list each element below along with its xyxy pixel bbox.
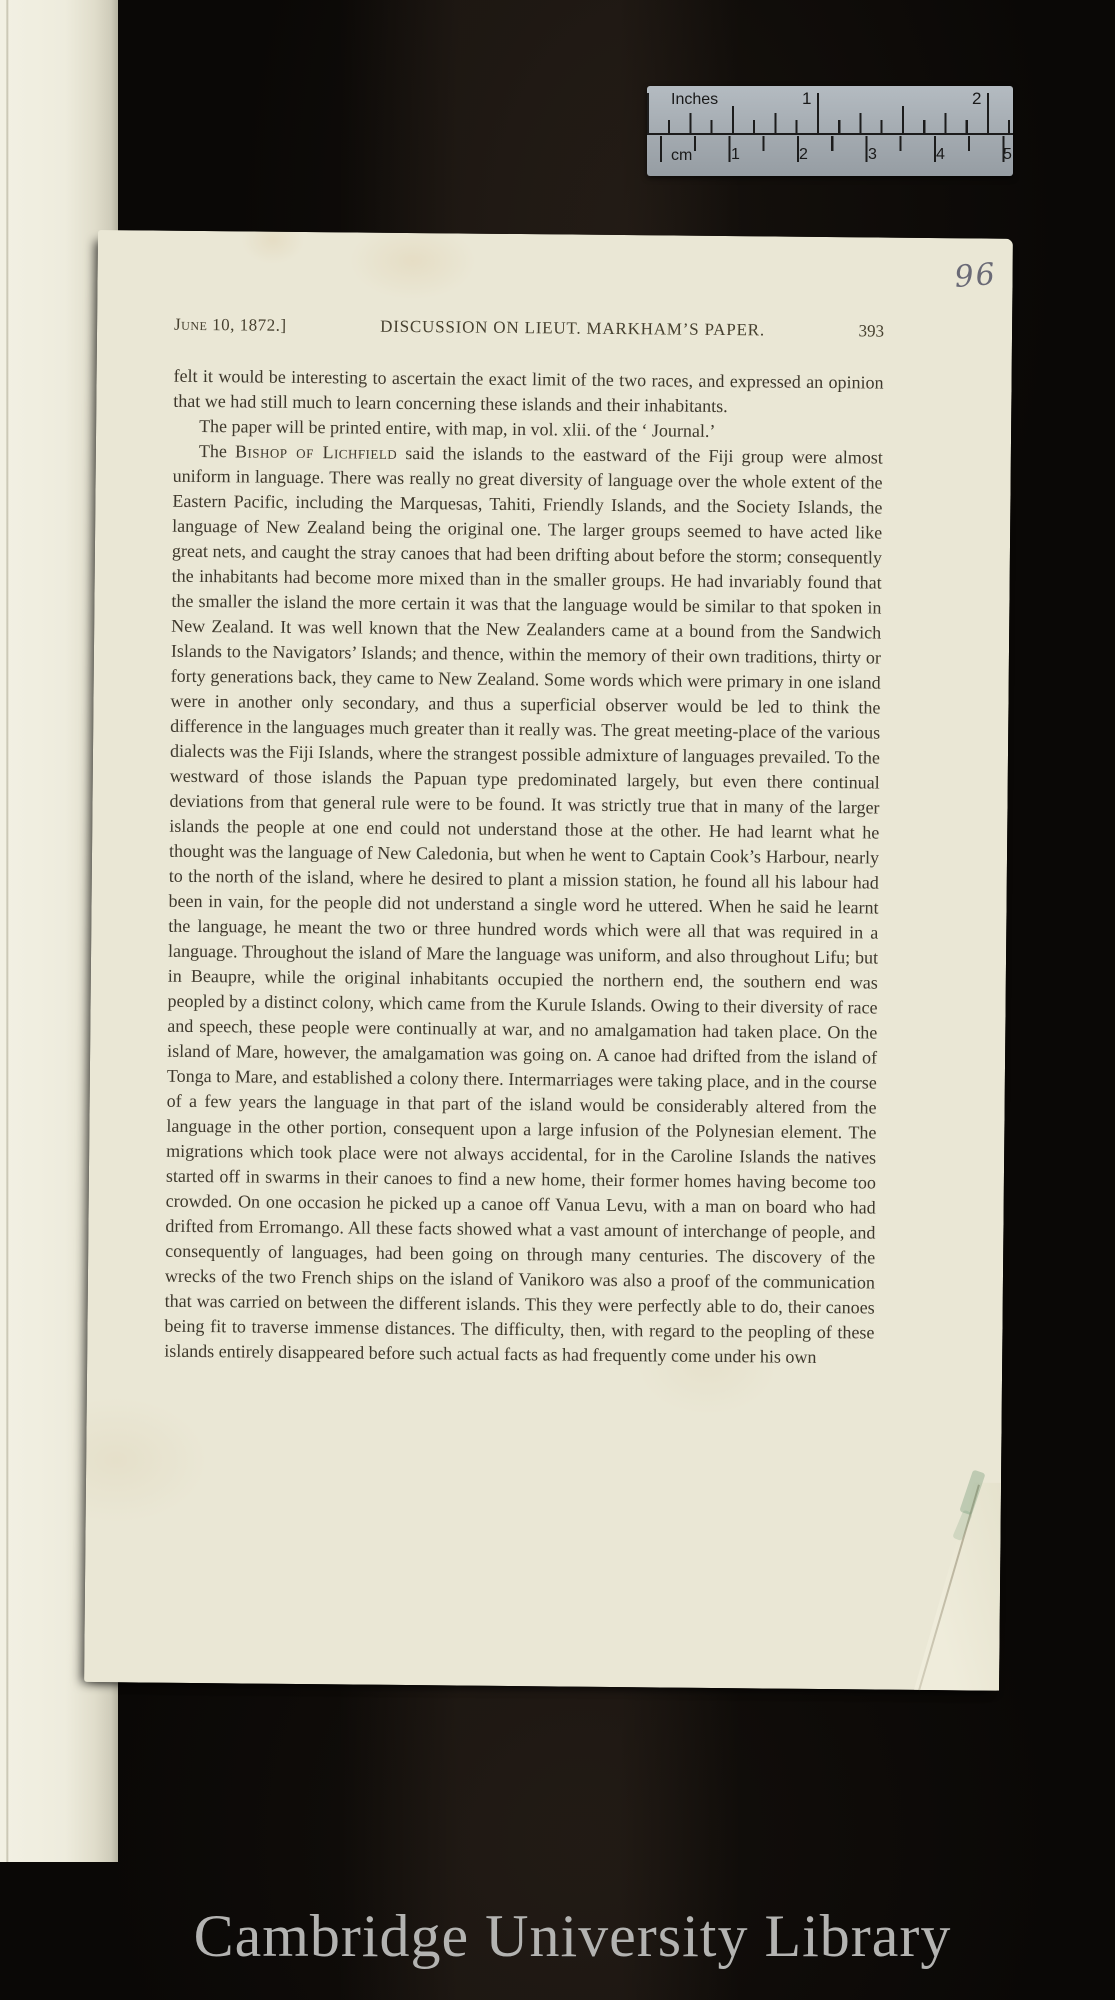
ruler-cm-number: 5 (1003, 146, 1012, 164)
ruler-inch-number: 1 (802, 89, 811, 109)
library-watermark: Cambridge University Library (0, 1902, 1115, 1971)
header-title: DISCUSSION ON LIEUT. MARKHAM’S PAPER. (380, 317, 765, 341)
photo-backdrop: Inches cm 1 2 1 2 3 4 5 96 June 10, 1872… (0, 0, 1115, 2000)
running-header: June 10, 1872.] DISCUSSION ON LIEUT. MAR… (174, 315, 884, 342)
document-page: 96 June 10, 1872.] DISCUSSION ON LIEUT. … (84, 230, 1013, 1691)
bishop-name-smallcaps: Bishop of Lichfield (235, 441, 397, 463)
ruler-midline (647, 133, 1013, 135)
ruler-cm-number: 1 (731, 146, 740, 164)
scale-ruler: Inches cm 1 2 1 2 3 4 5 (647, 86, 1013, 176)
body-text: felt it would be interesting to ascertai… (164, 364, 884, 1371)
paragraph-bishop-speech: The Bishop of Lichfield said the islands… (164, 439, 883, 1371)
ruler-eighth-inch-ticks (647, 120, 1013, 133)
ruler-cm-label: cm (671, 147, 692, 165)
ruler-cm-number: 2 (799, 146, 808, 164)
printed-text-block: June 10, 1872.] DISCUSSION ON LIEUT. MAR… (164, 315, 884, 1371)
handwritten-folio-number: 96 (953, 257, 998, 295)
ruler-inch-number: 2 (972, 89, 981, 109)
ruler-inches-label: Inches (671, 91, 718, 109)
ruler-cm-number: 3 (868, 146, 877, 164)
ruler-half-cm-ticks (660, 136, 1013, 151)
bishop-speech-text: said the islands to the eastward of the … (164, 443, 883, 1367)
header-page-number: 393 (858, 321, 884, 341)
header-date: June 10, 1872.] (174, 315, 287, 336)
bishop-lead: The (199, 441, 235, 461)
paragraph-continuation: felt it would be interesting to ascertai… (173, 364, 883, 421)
ruler-cm-number: 4 (936, 146, 945, 164)
